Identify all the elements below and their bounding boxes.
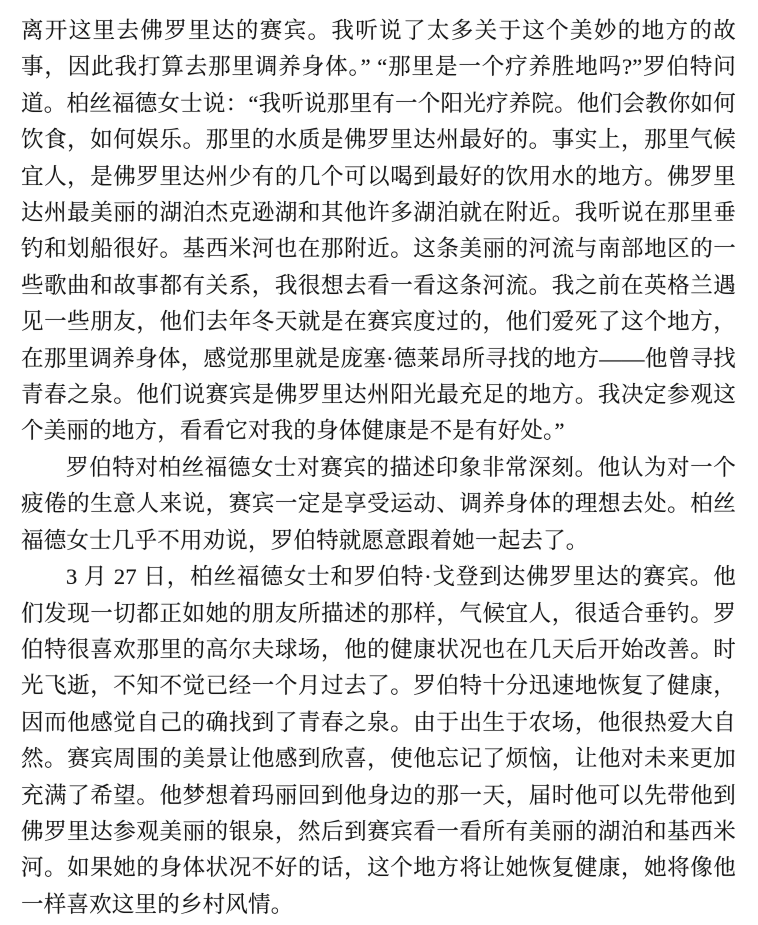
paragraph-continuation: 离开这里去佛罗里达的赛宾。我听说了太多关于这个美妙的地方的故事，因此我打算去那里… (21, 13, 736, 450)
paragraph: 3 月 27 日，柏丝福德女士和罗伯特·戈登到达佛罗里达的赛宾。他们发现一切都正… (21, 559, 736, 923)
book-page: 离开这里去佛罗里达的赛宾。我听说了太多关于这个美妙的地方的故事，因此我打算去那里… (0, 0, 758, 925)
paragraph: 罗伯特对柏丝福德女士对赛宾的描述印象非常深刻。他认为对一个疲倦的生意人来说，赛宾… (21, 450, 736, 559)
